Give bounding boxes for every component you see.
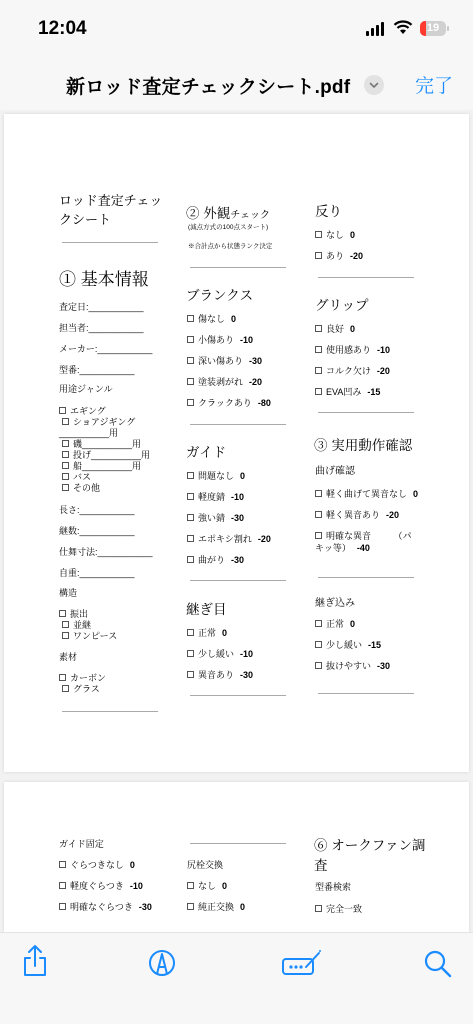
checkbox[interactable] — [187, 357, 194, 364]
structure-option[interactable]: ワンピース — [62, 629, 117, 642]
title-menu-button[interactable] — [364, 75, 384, 95]
flex-option[interactable]: 軽く異音あり-20 — [315, 508, 399, 521]
checkbox[interactable] — [187, 472, 194, 479]
option-score: -20 — [386, 510, 399, 520]
checkbox[interactable] — [59, 610, 66, 617]
checkbox[interactable] — [59, 407, 66, 414]
section-2-title: ② 外観チェック — [186, 202, 270, 223]
blanks-option[interactable]: 小傷あり-10 — [187, 333, 253, 346]
bend-option[interactable]: あり-20 — [315, 249, 363, 262]
checkbox[interactable] — [315, 620, 322, 627]
genre-label: 用途ジャンル — [59, 382, 113, 395]
butt-cap-title: 尻栓交換 — [187, 858, 223, 871]
pdf-page-2[interactable]: ガイド固定 ぐらつきなし0 軽度ぐらつき-10 明確なぐらつき-30 尻栓交換 … — [4, 782, 469, 932]
section-2-number: ② 外観 — [186, 206, 230, 221]
option-label: 正常 — [326, 619, 344, 629]
option-score: 0 — [350, 619, 355, 629]
option-label: 強い錆 — [198, 513, 225, 523]
option-score: -20 — [350, 251, 363, 261]
option-label: グラス — [73, 684, 100, 694]
blanks-option[interactable]: 塗装剥がれ-20 — [187, 375, 262, 388]
option-score: -30 — [240, 670, 253, 680]
divider — [318, 693, 414, 694]
divider — [190, 695, 286, 696]
option-label: 抜けやすい — [326, 661, 371, 671]
checkbox[interactable] — [62, 462, 69, 469]
divider — [190, 267, 286, 268]
option-label: なし — [198, 881, 216, 891]
model-search-option[interactable]: 完全一致 — [315, 902, 362, 915]
field-model[interactable]: 型番:___________ — [59, 363, 135, 376]
checkbox[interactable] — [187, 556, 194, 563]
checkbox[interactable] — [62, 440, 69, 447]
option-score: -30 — [249, 356, 262, 366]
checkbox[interactable] — [62, 685, 69, 692]
option-label: EVA凹み — [326, 387, 361, 397]
checkbox[interactable] — [62, 473, 69, 480]
cellular-signal-icon — [366, 22, 384, 36]
blanks-option[interactable]: 深い傷あり-30 — [187, 354, 262, 367]
option-score: -30 — [231, 513, 244, 523]
checkbox[interactable] — [315, 346, 322, 353]
option-label: 明確なぐらつき — [70, 902, 133, 912]
grip-option[interactable]: EVA凹み-15 — [315, 385, 380, 398]
option-label: 少し緩い — [326, 640, 362, 650]
option-score: -15 — [368, 640, 381, 650]
insert-option[interactable]: 少し緩い-15 — [315, 638, 381, 651]
field-length[interactable]: 長さ:___________ — [59, 503, 135, 516]
document-title[interactable]: 新ロッド査定チェックシート.pdf — [66, 72, 350, 99]
material-option[interactable]: グラス — [62, 682, 100, 695]
option-score: -10 — [240, 335, 253, 345]
divider — [318, 412, 414, 413]
status-bar: 12:04 19 — [0, 0, 473, 58]
checkbox[interactable] — [59, 903, 66, 910]
option-score: -10 — [231, 492, 244, 502]
insert-option[interactable]: 正常0 — [315, 617, 355, 630]
option-label: 曲がり — [198, 555, 225, 565]
divider — [62, 711, 158, 712]
markup-icon[interactable] — [147, 941, 177, 981]
structure-label: 構造 — [59, 586, 77, 599]
section-6-title-line2: 査 — [314, 854, 328, 874]
butt-cap-option[interactable]: なし0 — [187, 879, 227, 892]
guide-fix-option[interactable]: 明確なぐらつき-30 — [59, 900, 152, 913]
pdf-page-1[interactable]: ロッド査定チェッ クシート ① 基本情報 査定日:___________ 担当者… — [4, 114, 469, 772]
option-label: 軽く曲げて異音なし — [326, 489, 407, 499]
checkbox[interactable] — [187, 629, 194, 636]
option-label: 良好 — [326, 324, 344, 334]
checkbox[interactable] — [62, 621, 69, 628]
nav-bar: 新ロッド査定チェックシート.pdf 完了 — [0, 58, 473, 110]
option-score: 0 — [350, 230, 355, 240]
checkbox[interactable] — [62, 632, 69, 639]
option-label: 傷なし — [198, 314, 225, 324]
battery-level: 19 — [420, 21, 446, 36]
field-weight[interactable]: 自重:___________ — [59, 566, 135, 579]
option-label: キッ等） — [315, 543, 351, 553]
blanks-option[interactable]: 傷なし0 — [187, 312, 236, 325]
doc-heading-line2: クシート — [59, 209, 111, 228]
butt-cap-option[interactable]: 純正交換0 — [187, 900, 245, 913]
joint-option[interactable]: 少し緩い-10 — [187, 647, 253, 660]
checkbox[interactable] — [62, 484, 69, 491]
checkbox[interactable] — [187, 882, 194, 889]
option-label: 純正交換 — [198, 902, 234, 912]
joint-title: 継ぎ目 — [186, 598, 227, 618]
section-3-title: ③ 実用動作確認 — [314, 434, 412, 454]
checkbox[interactable] — [62, 451, 69, 458]
option-score: 0 — [231, 314, 236, 324]
option-score: 0 — [240, 471, 245, 481]
option-score: 0 — [350, 324, 355, 334]
guide-option[interactable]: 問題なし0 — [187, 469, 245, 482]
guide-fix-title: ガイド固定 — [59, 837, 104, 850]
checkbox[interactable] — [187, 535, 194, 542]
option-label: その他 — [73, 483, 100, 493]
insert-title: 継ぎ込み — [315, 594, 355, 609]
field-closed-length[interactable]: 仕舞寸法:___________ — [59, 545, 153, 558]
field-maker[interactable]: メーカー:___________ — [59, 342, 152, 355]
joint-option[interactable]: 正常0 — [187, 626, 227, 639]
checkbox[interactable] — [187, 378, 194, 385]
option-score: -15 — [367, 387, 380, 397]
field-pieces[interactable]: 継数:___________ — [59, 524, 135, 537]
checkbox[interactable] — [315, 662, 322, 669]
option-label: ぐらつきなし — [70, 860, 124, 870]
joint-option[interactable]: 異音あり-30 — [187, 668, 253, 681]
grip-option[interactable]: コルク欠け-20 — [315, 364, 390, 377]
guide-option[interactable]: エポキシ割れ-20 — [187, 532, 271, 545]
option-score: -30 — [139, 902, 152, 912]
search-icon[interactable] — [423, 941, 453, 981]
blanks-title: ブランクス — [186, 284, 253, 304]
bend-title: 反り — [315, 200, 342, 220]
option-score: -20 — [377, 366, 390, 376]
checkbox[interactable] — [187, 336, 194, 343]
divider — [318, 277, 414, 278]
divider — [190, 424, 286, 425]
checkbox[interactable] — [315, 641, 322, 648]
checkbox[interactable] — [187, 514, 194, 521]
option-label: 少し緩い — [198, 649, 234, 659]
checkbox[interactable] — [187, 671, 194, 678]
checkbox[interactable] — [315, 325, 322, 332]
rank-note: ※合計点から状態ランク決定 — [188, 241, 272, 250]
option-label: 軽度錆 — [198, 492, 225, 502]
grip-title: グリップ — [315, 294, 368, 314]
guide-option[interactable]: 強い錆-30 — [187, 511, 244, 524]
checkbox[interactable] — [315, 388, 322, 395]
section-2-suffix: チェック — [230, 210, 270, 221]
option-label: 深い傷あり — [198, 356, 243, 366]
checkbox[interactable] — [315, 231, 322, 238]
option-label: なし — [326, 230, 344, 240]
option-label: 塗装剥がれ — [198, 377, 243, 387]
section-6-title-line1: ⑥ オークファン調 — [314, 834, 425, 854]
checkbox[interactable] — [315, 511, 322, 518]
option-label: ワンピース — [73, 631, 117, 641]
checkbox[interactable] — [187, 315, 194, 322]
bottom-toolbar — [0, 932, 473, 1024]
grip-option[interactable]: 良好0 — [315, 322, 355, 335]
checkbox[interactable] — [187, 399, 194, 406]
checkbox[interactable] — [59, 882, 66, 889]
status-time: 12:04 — [38, 18, 87, 40]
insert-option[interactable]: 抜けやすい-30 — [315, 659, 390, 672]
divider — [318, 577, 414, 578]
chevron-down-icon — [364, 75, 384, 95]
option-score: 0 — [222, 881, 227, 891]
battery-icon: 19 — [420, 21, 446, 36]
option-label: 軽度ぐらつき — [70, 881, 124, 891]
share-icon[interactable] — [20, 941, 50, 981]
divider — [190, 580, 286, 581]
option-label: 使用感あり — [326, 345, 371, 355]
option-score: 0 — [222, 628, 227, 638]
option-label: コルク欠け — [326, 366, 371, 376]
option-label: 軽く異音あり — [326, 510, 380, 520]
checkbox[interactable] — [62, 418, 69, 425]
option-score: -30 — [231, 555, 244, 565]
option-score: 0 — [240, 902, 245, 912]
option-score: -20 — [249, 377, 262, 387]
material-label: 素材 — [59, 650, 77, 663]
checkbox[interactable] — [59, 861, 66, 868]
grip-option[interactable]: 使用感あり-10 — [315, 343, 390, 356]
option-score: -20 — [258, 534, 271, 544]
scoring-note: (減点方式の100点スタート) — [188, 222, 268, 231]
option-label: 問題なし — [198, 471, 234, 481]
option-score: -30 — [377, 661, 390, 671]
divider — [62, 242, 158, 243]
flex-title: 曲げ確認 — [315, 462, 355, 477]
flex-option[interactable]: 軽く曲げて異音なし0 — [315, 487, 418, 500]
done-button[interactable]: 完了 — [415, 71, 453, 98]
divider — [190, 843, 286, 844]
checkbox[interactable] — [187, 650, 194, 657]
doc-heading-line1: ロッド査定チェッ — [59, 190, 162, 209]
section-1-title: ① 基本情報 — [59, 265, 149, 290]
checkbox[interactable] — [187, 903, 194, 910]
wifi-icon — [393, 19, 413, 35]
checkbox[interactable] — [187, 493, 194, 500]
field-staff[interactable]: 担当者:___________ — [59, 321, 144, 334]
option-score: 0 — [413, 489, 418, 499]
option-score: -80 — [258, 398, 271, 408]
checkbox[interactable] — [315, 490, 322, 497]
battery-tip — [447, 26, 449, 31]
option-score: 0 — [130, 860, 135, 870]
option-label: エポキシ割れ — [198, 534, 252, 544]
flex-option-cont: キッ等）-40 — [315, 541, 370, 554]
guide-title: ガイド — [186, 441, 226, 461]
guide-option[interactable]: 軽度錆-10 — [187, 490, 244, 503]
option-label: 小傷あり — [198, 335, 234, 345]
option-label: 完全一致 — [326, 904, 362, 914]
option-label: あり — [326, 251, 344, 261]
checkbox[interactable] — [315, 905, 322, 912]
model-search-title: 型番検索 — [315, 880, 351, 893]
guide-fix-option[interactable]: 軽度ぐらつき-10 — [59, 879, 143, 892]
option-score: -10 — [130, 881, 143, 891]
checkbox[interactable] — [59, 674, 66, 681]
field-appraisal-date[interactable]: 査定日:___________ — [59, 300, 144, 313]
checkbox[interactable] — [315, 367, 322, 374]
checkbox[interactable] — [315, 252, 322, 259]
blanks-option[interactable]: クラックあり-80 — [187, 396, 271, 409]
option-score: -40 — [357, 543, 370, 553]
signature-icon[interactable] — [281, 941, 323, 981]
checkbox[interactable] — [315, 532, 322, 539]
guide-fix-option[interactable]: ぐらつきなし0 — [59, 858, 135, 871]
genre-option[interactable]: その他 — [62, 481, 100, 494]
option-score: -10 — [377, 345, 390, 355]
option-score: -10 — [240, 649, 253, 659]
option-label: 正常 — [198, 628, 216, 638]
guide-option[interactable]: 曲がり-30 — [187, 553, 244, 566]
option-label: クラックあり — [198, 398, 252, 408]
option-label: 明確な異音 （パ — [326, 531, 412, 541]
option-label: 異音あり — [198, 670, 234, 680]
bend-option[interactable]: なし0 — [315, 228, 355, 241]
